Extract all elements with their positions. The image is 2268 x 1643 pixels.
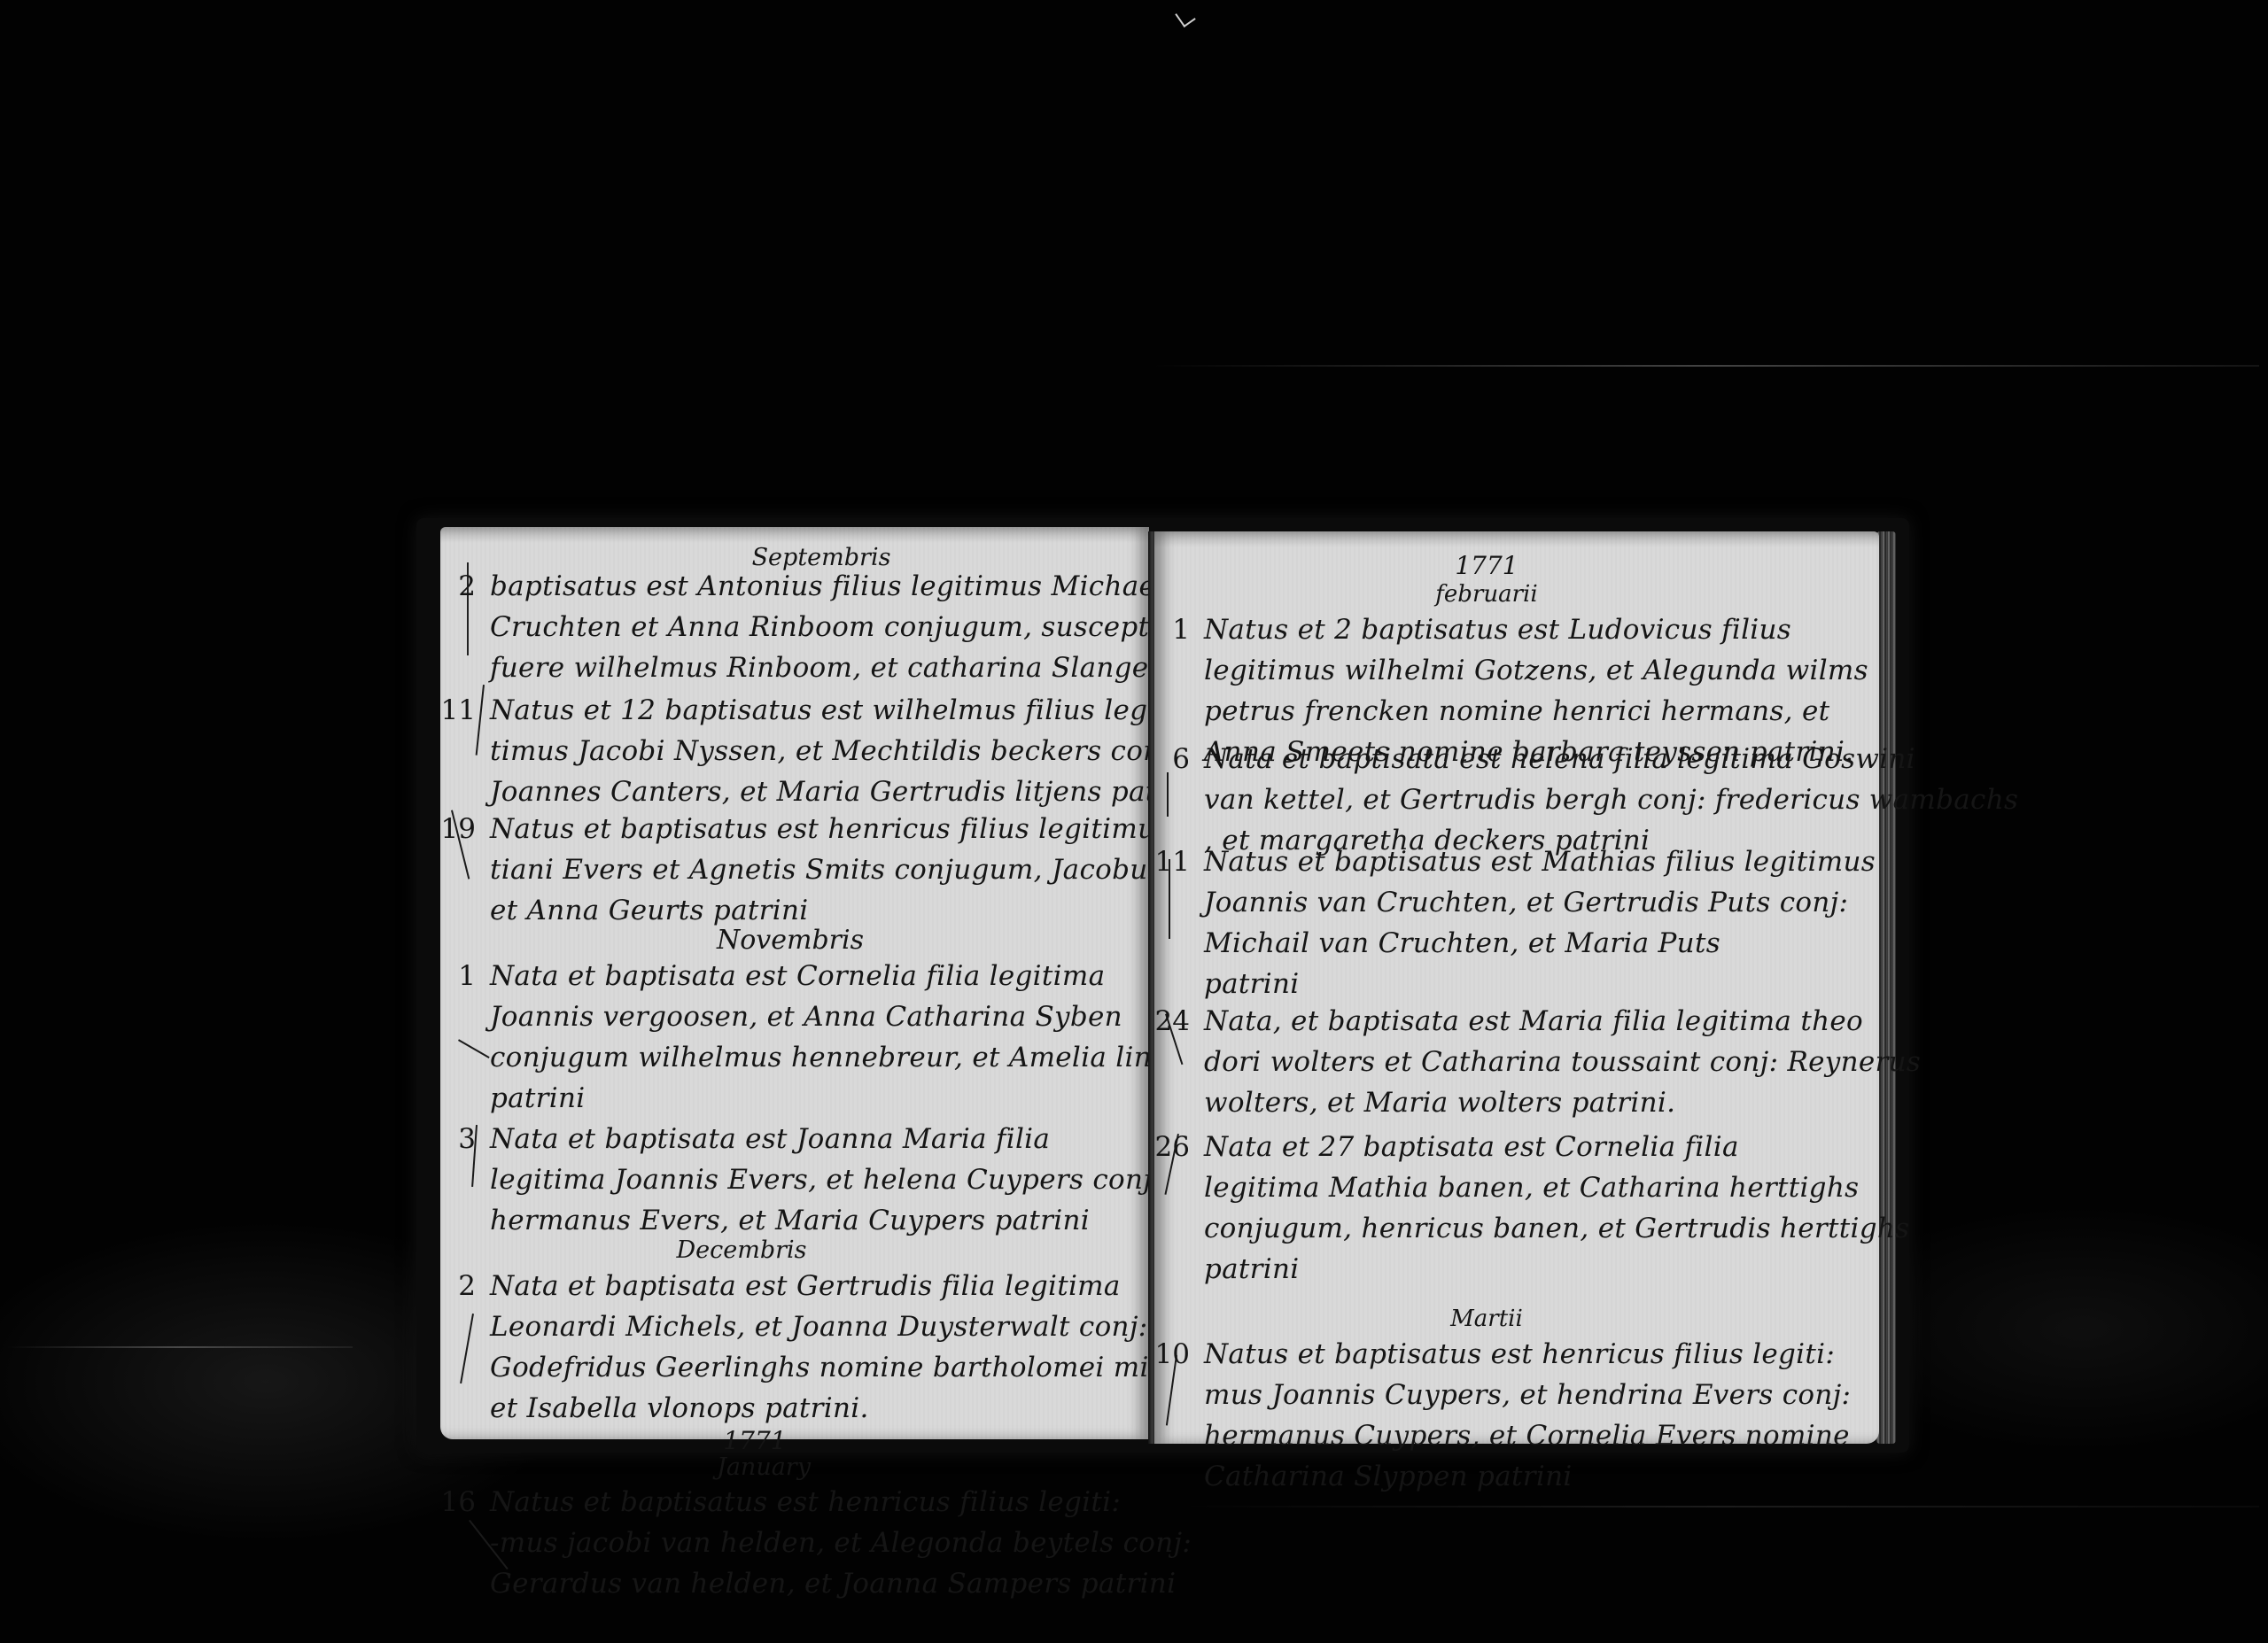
entry-line: Natus et baptisatus est Mathias filius l… xyxy=(1204,841,1876,882)
entry-line: baptisatus est Antonius filius legitimus… xyxy=(490,566,1247,607)
entry-day: 19 xyxy=(440,809,476,849)
entry-line: Joannis vergoosen, et Anna Catharina Syb… xyxy=(490,996,1214,1037)
month-heading-january: January xyxy=(631,1453,897,1483)
entry-line: patrini xyxy=(490,1078,1214,1119)
margin-bracket xyxy=(476,685,485,756)
entry-line: Godefridus Geerlinghs nomine bartholomei… xyxy=(490,1347,1223,1388)
entry-line: Nata, et baptisata est Maria filia legit… xyxy=(1204,1001,1921,1042)
right-page: 1771 februarii 1 Natus et 2 baptisatus e… xyxy=(1154,531,1879,1444)
entry-day: 6 xyxy=(1154,739,1190,779)
entry-line: fuere wilhelmus Rinboom, et catharina Sl… xyxy=(490,647,1247,688)
entry-line: Leonardi Michels, et Joanna Duysterwalt … xyxy=(490,1306,1223,1347)
entry-line: conjugum, henricus banen, et Gertrudis h… xyxy=(1204,1208,1909,1249)
background-streak xyxy=(7,1346,353,1348)
entry-day: 3 xyxy=(440,1119,476,1159)
entry-line: Natus et baptisatus est henricus filius … xyxy=(1204,1334,1851,1375)
entry-day: 10 xyxy=(1154,1334,1190,1375)
year-heading: 1771 xyxy=(1354,551,1619,581)
entry-line: petrus frencken nomine henrici hermans, … xyxy=(1204,691,1868,732)
entry-line: Natus et 2 baptisatus est Ludovicus fili… xyxy=(1204,609,1868,650)
background-streak xyxy=(1178,1506,2259,1507)
entry-line: Natus et baptisatus est henricus filius … xyxy=(490,809,1259,849)
entry-line: timus Jacobi Nyssen, et Mechtildis becke… xyxy=(490,731,1206,771)
entry-line: Nata et baptisata est helena filia legit… xyxy=(1204,739,2018,779)
entry-day: 1 xyxy=(1154,609,1190,650)
entry-line: -mus jacobi van helden, et Alegonda beyt… xyxy=(490,1523,1192,1563)
entry-line: Joannis van Cruchten, et Gertrudis Puts … xyxy=(1204,882,1876,923)
entry-line: patrini xyxy=(1204,1249,1909,1290)
entry-line: dori wolters et Catharina toussaint conj… xyxy=(1204,1042,1921,1082)
entry-line: Nata et 27 baptisata est Cornelia filia xyxy=(1204,1127,1909,1167)
entry-line: patrini xyxy=(1204,964,1876,1004)
entry-line: tiani Evers et Agnetis Smits conjugum, J… xyxy=(490,849,1259,890)
entry-line: Michail van Cruchten, et Maria Puts xyxy=(1204,923,1876,964)
entry-day: 2 xyxy=(440,566,476,607)
entry-line: et Isabella vlonops patrini. xyxy=(490,1388,1223,1429)
month-heading-novembris: Novembris xyxy=(657,926,923,956)
entry-line: Joannes Canters, et Maria Gertrudis litj… xyxy=(490,771,1206,812)
entry-line: Gerardus van helden, et Joanna Sampers p… xyxy=(490,1563,1192,1604)
entry-line: Nata et baptisata est Joanna Maria filia xyxy=(490,1119,1241,1159)
entry-line: legitimus wilhelmi Gotzens, et Alegunda … xyxy=(1204,650,1868,691)
entry-line: wolters, et Maria wolters patrini. xyxy=(1204,1082,1921,1123)
month-heading-decembris: Decembris xyxy=(609,1236,874,1266)
year-heading: 1771 xyxy=(622,1426,888,1456)
entry-line: hermanus Cuypers, et Cornelia Evers nomi… xyxy=(1204,1415,1851,1456)
entry-line: Cruchten et Anna Rinboom conjugum, susce… xyxy=(490,607,1247,647)
entry-day: 24 xyxy=(1154,1001,1190,1042)
page-edges xyxy=(1876,531,1896,1444)
entry-line: legitima Mathia banen, et Catharina hert… xyxy=(1204,1167,1909,1208)
left-page: Septembris 2 baptisatus est Antonius fil… xyxy=(440,527,1149,1439)
entry-day: 1 xyxy=(440,956,476,996)
entry-day: 11 xyxy=(440,690,476,731)
scan-background: Septembris 2 baptisatus est Antonius fil… xyxy=(0,0,2268,1643)
entry-day: 16 xyxy=(440,1482,476,1523)
margin-bracket xyxy=(458,1039,490,1058)
entry-day: 2 xyxy=(440,1266,476,1306)
month-heading-februarii: februarii xyxy=(1354,579,1619,609)
entry-line: Nata et baptisata est Cornelia filia leg… xyxy=(490,956,1214,996)
entry-line: Nata et baptisata est Gertrudis filia le… xyxy=(490,1266,1223,1306)
entry-line: Natus et baptisatus est henricus filius … xyxy=(490,1482,1192,1523)
entry-line: van kettel, et Gertrudis bergh conj: fre… xyxy=(1204,779,2018,820)
entry-line: legitima Joannis Evers, et helena Cuyper… xyxy=(490,1159,1241,1200)
entry-line: conjugum wilhelmus hennebreur, et Amelia… xyxy=(490,1037,1214,1078)
entry-line: Catharina Slyppen patrini xyxy=(1204,1456,1851,1497)
entry-line: mus Joannis Cuypers, et hendrina Evers c… xyxy=(1204,1375,1851,1415)
month-heading-martii: Martii xyxy=(1354,1304,1619,1334)
background-streak xyxy=(1152,365,2259,367)
entry-line: Natus et 12 baptisatus est wilhelmus fil… xyxy=(490,690,1206,731)
margin-bracket xyxy=(460,1314,474,1383)
entry-day: 11 xyxy=(1154,841,1190,882)
check-mark-icon xyxy=(1175,6,1195,27)
entry-day: 26 xyxy=(1154,1127,1190,1167)
